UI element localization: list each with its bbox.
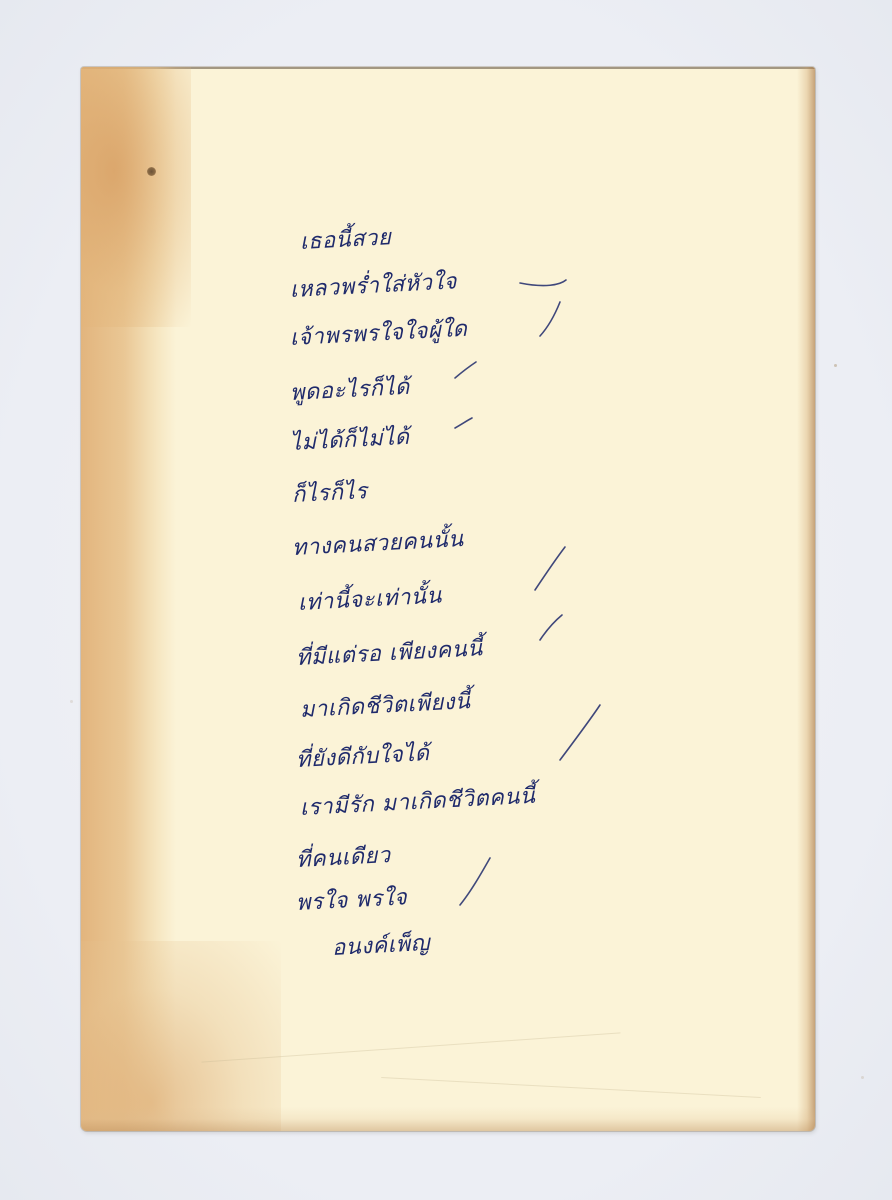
water-stain-bottom-left [81, 941, 281, 1131]
paper-crease [381, 1077, 761, 1098]
paper-top-edge [81, 67, 815, 69]
dust-speck [861, 1076, 864, 1079]
handwritten-line: ที่คนเดียว [295, 845, 391, 872]
dust-speck [834, 364, 837, 367]
pin-hole [147, 167, 156, 176]
water-stain-top-left [81, 67, 191, 327]
stain-bottom-edge [81, 1107, 815, 1131]
handwritten-line: พรใจ พรใจ [295, 887, 407, 915]
aged-paper-sheet [81, 67, 815, 1131]
handwritten-signature: อนงค์เพ็ญ [331, 933, 430, 960]
burn-edge-right [797, 67, 815, 1131]
handwritten-line: ก็ไรก็ไร [291, 481, 367, 507]
handwritten-line: เธอนี้สวย [299, 227, 391, 254]
dust-speck [70, 700, 73, 703]
